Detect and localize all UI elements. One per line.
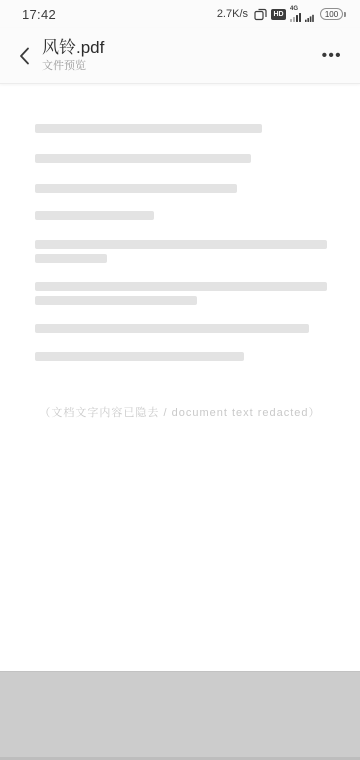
floating-window-icon bbox=[254, 8, 267, 21]
file-preview-header: 风铃.pdf 文件预览 ••• bbox=[0, 28, 360, 84]
network-speed: 2.7K/s bbox=[217, 8, 248, 20]
document-viewport[interactable]: （文档文字内容已隐去 / document text redacted） bbox=[0, 84, 360, 760]
back-button[interactable] bbox=[8, 36, 40, 76]
battery-level: 100 bbox=[320, 8, 343, 20]
document-title: 风铃.pdf bbox=[42, 38, 312, 58]
redaction-notice: （文档文字内容已隐去 / document text redacted） bbox=[0, 404, 360, 420]
overflow-menu-button[interactable]: ••• bbox=[312, 40, 344, 71]
redacted-text-line bbox=[35, 154, 251, 163]
signal-sim2-icon bbox=[305, 9, 314, 22]
header-titles: 风铃.pdf 文件预览 bbox=[42, 38, 312, 73]
redacted-text-line bbox=[35, 240, 327, 249]
redacted-text-line bbox=[35, 352, 244, 361]
pdf-page: （文档文字内容已隐去 / document text redacted） bbox=[0, 84, 360, 672]
redacted-text-line bbox=[35, 184, 237, 193]
signal-sim1-icon: 4G bbox=[290, 6, 301, 22]
battery-icon: 100 bbox=[320, 8, 346, 20]
redacted-text-line bbox=[35, 211, 154, 220]
phone-screen: 17:42 2.7K/s HD 4G bbox=[0, 0, 360, 760]
redacted-text-line bbox=[35, 254, 107, 263]
hd-volte-icon: HD bbox=[271, 9, 286, 20]
redacted-text-line bbox=[35, 124, 262, 133]
status-icons: 2.7K/s HD 4G 100 bbox=[217, 6, 346, 22]
clock: 17:42 bbox=[22, 7, 56, 22]
back-chevron-icon bbox=[19, 47, 30, 65]
document-subtitle: 文件预览 bbox=[42, 59, 312, 73]
redacted-text-line bbox=[35, 296, 197, 305]
status-bar: 17:42 2.7K/s HD 4G bbox=[0, 0, 360, 28]
redacted-text-line bbox=[35, 282, 327, 291]
redacted-text-line bbox=[35, 324, 309, 333]
